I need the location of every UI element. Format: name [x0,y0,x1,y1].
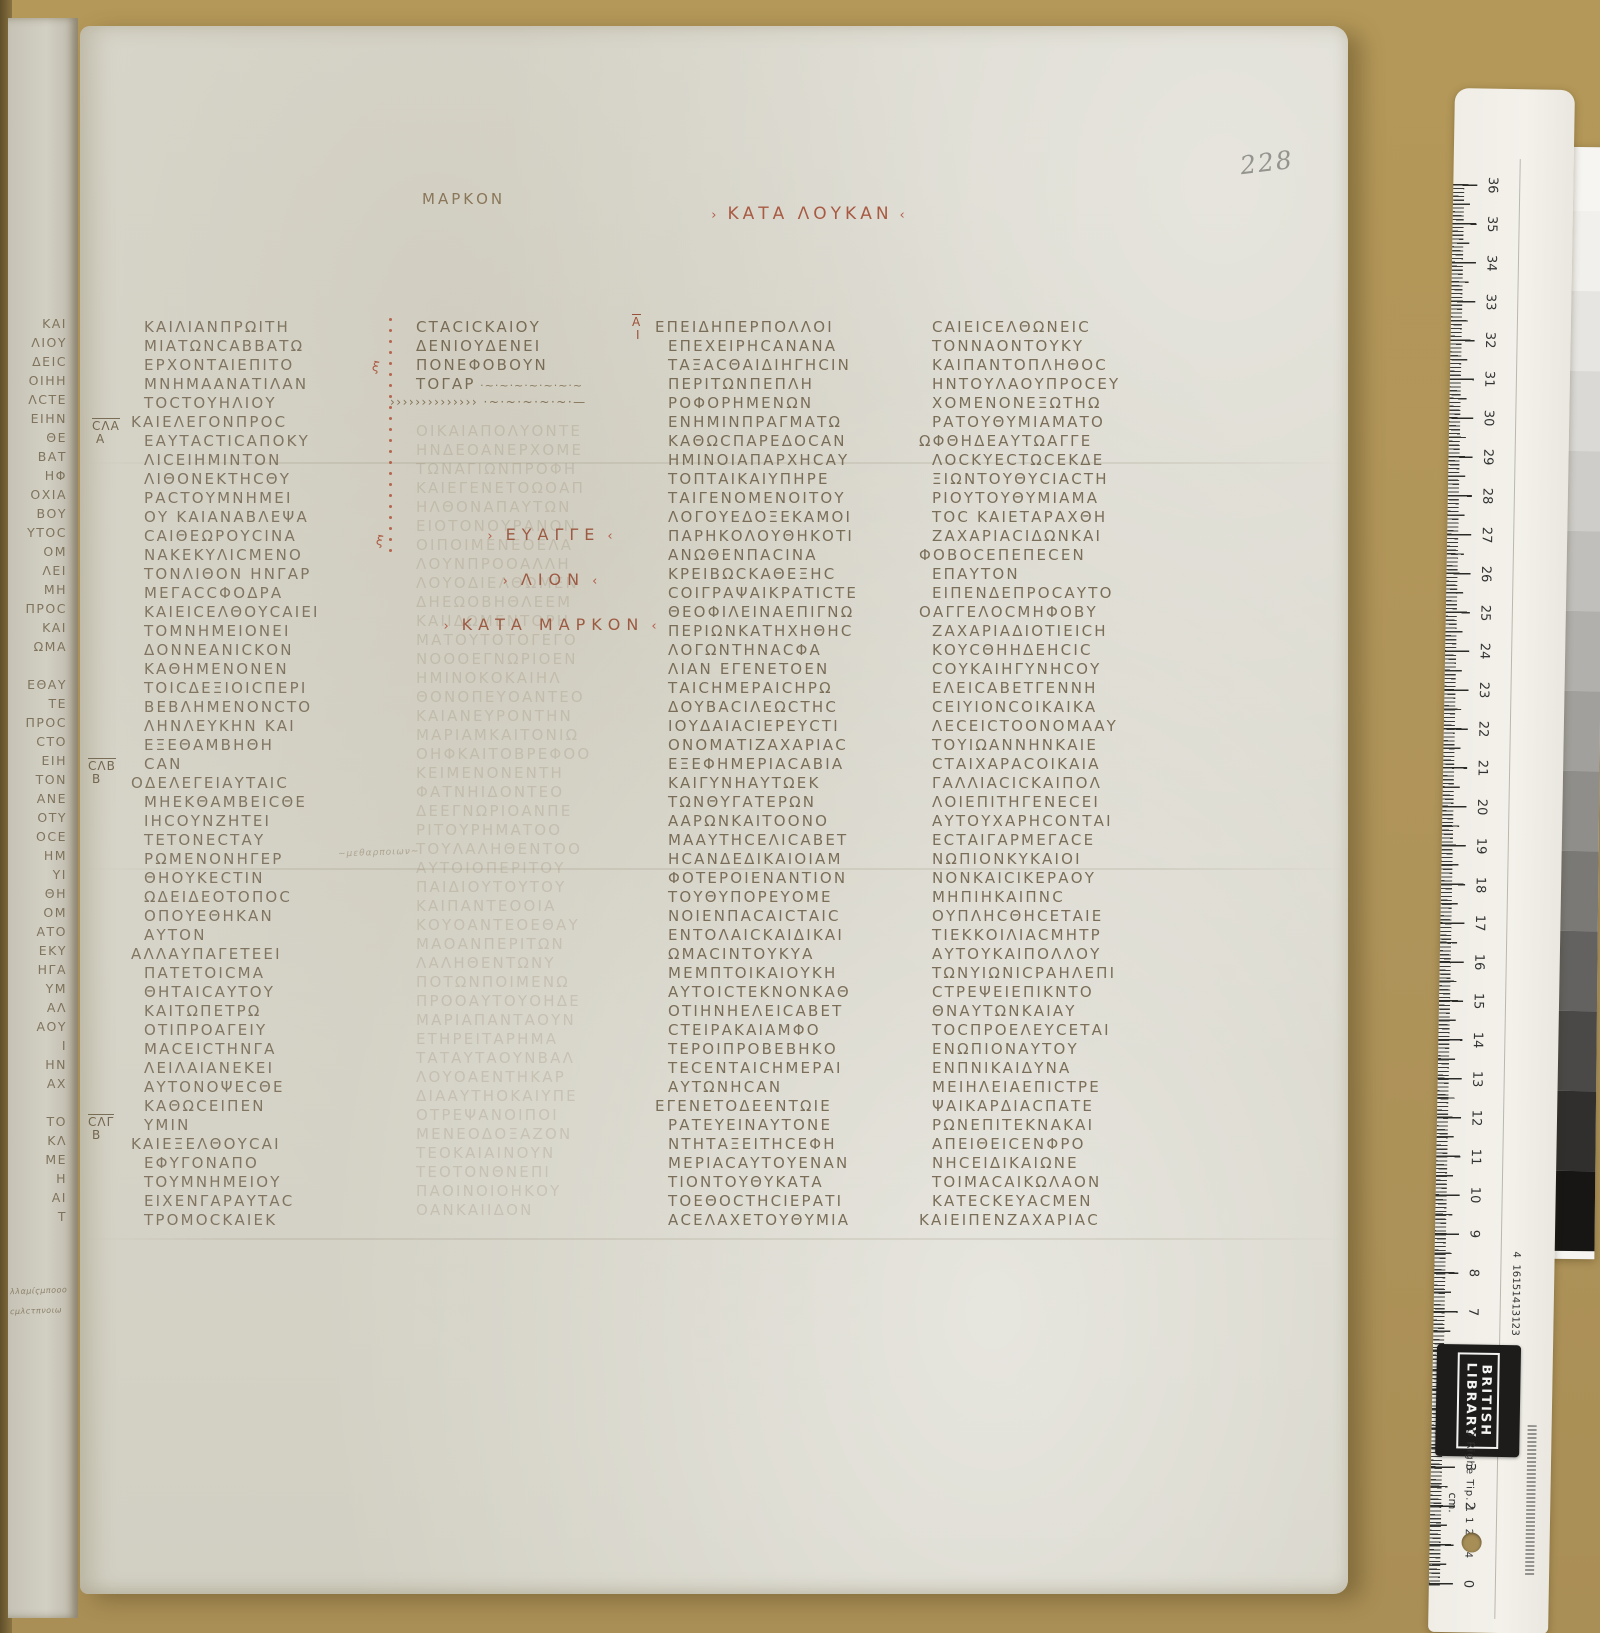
cm-number: 23 [1476,677,1491,703]
manuscript-line: ΡΙΟΥΤΟΥΘΥΜΙΑΜΑ [932,489,1184,508]
leaf-edge-fragment [8,658,72,677]
canon-letter: Β [88,1129,114,1142]
manuscript-line: ΓΑΛΛΙΑCΙCΚΑΙΠΟΛ [932,774,1184,793]
manuscript-line: ΤΕΡΟΙΠΡΟΒΕΒΗΚΟ [668,1040,932,1059]
manuscript-line: ΕΙΧΕΝΓΑΡΑΥΤΑC [144,1192,406,1211]
manuscript-line: ΩΔΕΙΔΕΟΤΟΠΟC [144,888,406,907]
leaf-edge-fragment: ΤΟΝ [8,772,72,791]
ghost-line: ΠΑΙΔΙΟΥΤΟΥΤΟΥ [416,878,650,897]
leaf-edge-fragment: ΕΚΥ [8,943,72,962]
subscription-euangelion-kata-markon: ›ΕΥΑΓΓΕ‹›ΛΙΟΝ‹›ΚΑΤΑ ΜΑΡΚΟΝ‹ [436,512,670,647]
pencil-folio-number: 228 [1238,145,1295,180]
manuscript-line: ΤΟΠΤΑΙΚΑΙΥΠΗΡΕ [668,470,932,489]
cm-number: 15 [1470,988,1485,1014]
manuscript-line: ΡΩΜΕΝΟΝΗΓΕΡ [144,850,406,869]
manuscript-line: ΜΑCΕΙCΤΗΝΓΑ [144,1040,406,1059]
manuscript-line: ΡΩΝΕΠΙΤΕΚΝΑΚΑΙ [932,1116,1184,1135]
manuscript-line: ΠΕΡΙΩΝΚΑΤΗΧΗΘΗC [668,622,932,641]
manuscript-line: ΕΓΕΝΕΤΟΔΕΕΝΤΩΙΕ [655,1097,932,1116]
ghost-line: ΜΑΡΙΑΜΚΑΙΤΟΝΙΩ [416,726,650,745]
manuscript-line: ΤΟCΠΡΟΕΛΕΥCΕΤΑΙ [932,1021,1184,1040]
ghost-line: ΤΟΥΛΑΛΗΘΕΝΤΟΟ [416,840,650,859]
ghost-line: ΜΑΟΑΝΠΕΡΙΤΩΝ [416,935,650,954]
manuscript-line: ΠΑΤΕΤΟΙCΜΑ [144,964,406,983]
secondary-scale-number: 13 [1507,1303,1520,1316]
manuscript-line: ΑΝΩΘΕΝΠΑCΙΝΑ [668,546,932,565]
cm-number: 0 [1460,1571,1475,1597]
manuscript-line: ΑΥΤΩΝΗCΑΝ [668,1078,932,1097]
text-column-4-luke-continued: CΑΙΕΙCΕΛΘΩΝΕΙCΤΟΝΝΑΟΝΤΟΥΚΥΚΑΙΠΑΝΤΟΠΛΗΘΟC… [932,318,1184,1230]
leaf-edge-fragment: ΒΑΤ [8,449,72,468]
manuscript-line: ΝΟΙΕΝΠΑCΑΙCΤΑΙC [668,907,932,926]
manuscript-line: ΚΑΘΩCΠΑΡΕΔΟCΑΝ [668,432,932,451]
manuscript-line: ΕΝΩΠΙΟΝΑΥΤΟΥ [932,1040,1184,1059]
cm-number: 28 [1479,483,1494,509]
manuscript-line: ΑΥΤΟΝΟΨΕCΘΕ [144,1078,406,1097]
ghost-line: ΗΝΔΕΟΑΝΕΡΧΟΜΕ [416,441,650,460]
manuscript-line: ΛΕΙΛΑΙΑΝΕΚΕΙ [144,1059,406,1078]
british-library-ruler: 0123456789101112131415161718192021222324… [1428,88,1575,1633]
manuscript-line: ΕΙΠΕΝΔΕΠΡΟCΑΥΤΟ [932,584,1184,603]
manuscript-line: ΤΟΓΑΡ ·~·~·~·~·~·~·~ [416,375,650,394]
manuscript-line: ΝΟΝΚΑΙCΙΚΕΡΑΟΥ [932,869,1184,888]
manuscript-line: ΙΟΥΔΑΙΑCΙΕΡΕΥCΤΙ [668,717,932,736]
manuscript-line: ΗΜΙΝΟΙΑΠΑΡΧΗCΑΥ [668,451,932,470]
running-title-kata-loukan: ›ΚΑΤΑ ΛΟΥΚΑΝ‹ [636,204,984,224]
ghost-line: ΔΕΕΓΝΩΡΙΟΑΝΠΕ [416,802,650,821]
subscription-text: ΚΑΤΑ ΜΑΡΚΟΝ [462,615,645,634]
leaf-edge-fragment: ΑΟΥ [8,1019,72,1038]
leaf-edge-fragment: ΟCΕ [8,829,72,848]
british-library-label-box: BRITISH LIBRARY [1456,1352,1500,1449]
manuscript-line: CΤΑΙΧΑΡΑCΟΙΚΑΙΑ [932,755,1184,774]
ghost-line: ΤΕΟΤΟΝΘΝΕΠΙ [416,1163,650,1182]
leaf-edge-fragment: ΟΜ [8,905,72,924]
manuscript-line: ΝΗCΕΙΔΙΚΑΙΩΝΕ [932,1154,1184,1173]
fine-tick-scale [1525,1425,1537,1575]
cm-number: 22 [1475,716,1490,742]
red-deco-mark: › [704,208,727,223]
manuscript-line: ΟΥ ΚΑΙΑΝΑΒΛΕΨΑ [144,508,406,527]
manuscript-line: ΗΝΤΟΥΛΑΟΥΠΡΟCΕΥ [932,375,1184,394]
red-deco-mark: › [496,574,521,589]
leaf-edge-fragment: ΟΤΥ [8,810,72,829]
leaf-edge-fragment: Τ [8,1209,72,1228]
manuscript-line: ΛΗΝΛΕΥΚΗΝ ΚΑΙ [144,717,406,736]
manuscript-line: CΤΡΕΨΕΙΕΠΙΚΝΤΟ [932,983,1184,1002]
leaf-edge-fragment: ΑΙ [8,1190,72,1209]
manuscript-line: ΤΟΝΝΑΟΝΤΟΥΚΥ [932,337,1184,356]
manuscript-line: CΕΙΥΙΟΝCΟΙΚΑΙΚΑ [932,698,1184,717]
cm-number: 14 [1470,1027,1485,1053]
manuscript-line: ΔΟΥΒΑCΙΛΕΩCΤΗC [668,698,932,717]
subscription-line: ›ΛΙΟΝ‹ [436,557,670,602]
red-deco-mark: ‹ [600,529,625,544]
manuscript-line: ΚΑΙΠΑΝΤΟΠΛΗΘΟC [932,356,1184,375]
manuscript-line: ΕΠΕΙΔΗΠΕΡΠΟΛΛΟΙ [655,318,932,337]
manuscript-line: ΩΦΘΗΔΕΑΥΤΩΑΓΓΕ [919,432,1184,451]
leaf-edge-fragment: ΛΙΟΥ [8,335,72,354]
manuscript-line: ΕΞΕΦΗΜΕΡΙΑCΑΒΙΑ [668,755,932,774]
manuscript-line: ΛΟΓΟΥΕΔΟΞΕΚΑΜΟΙ [668,508,932,527]
manuscript-line: ΚΑΙΛΙΑΝΠΡΩΙΤΗ [144,318,406,337]
ghost-line: ΡΙΤΟΥΡΗΜΑΤΟΟ [416,821,650,840]
marginal-cursive-note: ϲμλϲτπνοιω [10,1305,80,1316]
manuscript-line: ΤΟΙΜΑCΑΙΚΩΛΑΟΝ [932,1173,1184,1192]
manuscript-photograph: { "page": { "folio_number": "228", "runn… [0,0,1600,1633]
leaf-edge-fragment: ΘΕ [8,430,72,449]
leaf-edge-fragment: Ι [8,1038,72,1057]
leaf-edge-fragment: ΑΛ [8,1000,72,1019]
manuscript-line: ΤΟΜΝΗΜΕΙΟΝΕΙ [144,622,406,641]
secondary-scale-number: 4 [1508,1251,1521,1264]
subscription-text: ΛΙΟΝ [521,570,585,589]
secondary-scale-number: 12 [1507,1316,1520,1329]
cm-unit-label: cm. [1446,1492,1459,1512]
manuscript-line: ΜΕΡΙΑCΑΥΤΟΥΕΝΑΝ [668,1154,932,1173]
manuscript-line: ΩΜΑCΙΝΤΟΥΚΥΑ [668,945,932,964]
subscription-text: ΕΥΑΓΓΕ [506,525,601,544]
manuscript-line: ΟΤΙΗΝΗΕΛΕΙCΑΒΕΤ [668,1002,932,1021]
cm-number: 19 [1473,833,1488,859]
manuscript-line: ΛΙΑΝ ΕΓΕΝΕΤΟΕΝ [668,660,932,679]
manuscript-line: ΤΟC ΚΑΙΕΤΑΡΑΧΘΗ [932,508,1184,527]
red-deco-mark: ‹ [585,574,610,589]
manuscript-line: ΟΤΙΠΡΟΑΓΕΙΥ [144,1021,406,1040]
cm-number: 25 [1477,599,1492,625]
ghost-line: ΗΜΙΝΟΚΟΚΑΙΗΛ [416,669,650,688]
leaf-edge-fragment: ΟΙΗΗ [8,373,72,392]
manuscript-line: ΤΟΥΜΝΗΜΕΙΟΥ [144,1173,406,1192]
manuscript-line: ΤΟΙCΔΕΞΙΟΙCΠΕΡΙ [144,679,406,698]
manuscript-line: ΦΟΒΟCΕΠΕΠΕCΕΝ [919,546,1184,565]
manuscript-line: ΔΟΝΝΕΑΝΙCΚΟΝ [144,641,406,660]
cm-number: 34 [1483,250,1498,276]
leaf-edge-fragment: ΥΙ [8,867,72,886]
cm-number: 31 [1481,366,1496,392]
section-numeral: CΛΓ Β [88,1114,114,1142]
manuscript-line: CΟΥΚΑΙΗΓΥΝΗCΟΥ [932,660,1184,679]
previous-leaf-edge: ΚΑΙΛΙΟΥΔΕΙCΟΙΗΗΛCΤΕΕΙΗΝΘΕΒΑΤΗΦΟΧΙΑΒΟΥΥΤΟ… [8,18,78,1618]
manuscript-line: ΕΞΕΘΑΜΒΗΘΗ [144,736,406,755]
leaf-edge-fragment: ΛΕΙ [8,563,72,582]
ghost-line: ΚΑΙΕΓΕΝΕΤΟΩΟΑΠ [416,479,650,498]
leaf-edge-fragment: ΑΧ [8,1076,72,1095]
manuscript-line: ΚΑΘΗΜΕΝΟΝΕΝ [144,660,406,679]
section-number: CΛΑ [92,418,120,433]
manuscript-line: CΟΙΓΡΑΨΑΙΚΡΑΤΙCΤΕ [668,584,932,603]
brand-line: BRITISH [1477,1363,1493,1439]
brand-line: LIBRARY [1462,1362,1478,1438]
manuscript-line: ΤΙΟΝΤΟΥΘΥΚΑΤΑ [668,1173,932,1192]
manuscript-line: CΤΑCΙCΚΑΙΟΥ [416,318,650,337]
manuscript-line: CΑΙΘΕΩΡΟΥCΙΝΑ [144,527,406,546]
ghost-line: ΤΑΤΑΥΤΑΟΥΝΒΑΛ [416,1049,650,1068]
manuscript-line: ΥΜΙΝ [144,1116,406,1135]
manuscript-line: ΡΑCΤΟΥΜΝΗΜΕΙ [144,489,406,508]
manuscript-line: ΟΝΟΜΑΤΙΖΑΧΑΡΙΑC [668,736,932,755]
manuscript-line: ΕΡΧΟΝΤΑΙΕΠΙΤΟ [144,356,406,375]
manuscript-line: ΕΝΤΟΛΑΙCΚΑΙΔΙΚΑΙ [668,926,932,945]
manuscript-line: ΚΑΙΕΞΕΛΘΟΥCΑΙ [131,1135,406,1154]
manuscript-line: ΕΑΥΤΑCΤΙCΑΠΟΚΥ [144,432,406,451]
leaf-edge-fragment: ΕΙΗΝ [8,411,72,430]
cm-number: 20 [1474,794,1489,820]
british-library-label: BRITISH LIBRARY [1435,1344,1521,1457]
manuscript-line: ΤΟΥΙΩΑΝΝΗΝΚΑΙΕ [932,736,1184,755]
subscription-line: ›ΕΥΑΓΓΕ‹ [436,512,670,557]
manuscript-line: ΖΑΧΑΡΙΑΔΙΟΤΙΕΙCΗ [932,622,1184,641]
manuscript-line: ΠΟΝΕΦΟΒΟΥΝ [416,356,650,375]
leaf-edge-fragment: ΥΤΟC [8,525,72,544]
leaf-edge-fragment: ΚΛ [8,1133,72,1152]
manuscript-line: CΤΕΙΡΑΚΑΙΑΜΦΟ [668,1021,932,1040]
manuscript-line: ΚΑΙΕΙΠΕΝΖΑΧΑΡΙΑC [919,1211,1184,1230]
leaf-edge-fragment: ΟΜ [8,544,72,563]
manuscript-page: 228 ΜΑΡΚΟΝ ›ΚΑΤΑ ΛΟΥΚΑΝ‹ CΛΑ Α CΛΒ Β CΛΓ… [80,26,1348,1594]
manuscript-line: ΑΥΤΟΙCΤΕΚΝΟΝΚΑΘ [668,983,932,1002]
leaf-edge-fragment: ΔΕΙC [8,354,72,373]
coronis-tailpiece: ›››››››››››››› ·~·~·~·~·~·— [390,394,650,413]
manuscript-line: ΙΗCΟΥΝΖΗΤΕΙ [144,812,406,831]
manuscript-line: ΜΑΑΥΤΗCΕΛΙCΑΒΕΤ [668,831,932,850]
leaf-edge-fragment: ΗΜ [8,848,72,867]
manuscript-line: ΠΑΡΗΚΟΛΟΥΘΗΚΟΤΙ [668,527,932,546]
manuscript-line: CΑΙΕΙCΕΛΘΩΝΕΙC [932,318,1184,337]
manuscript-line: ΑΥΤΟΝ [144,926,406,945]
centimeter-numbers: 0123456789101112131415161718192021222324… [1455,88,1575,90]
ghost-line: ΝΟΟΟΕΓΝΩΡΙΟΕΝ [416,650,650,669]
manuscript-line: ΤΙΕΚΚΟΙΛΙΑCΜΗΤΡ [932,926,1184,945]
manuscript-line: ΕCΤΑΙΓΑΡΜΕΓΑCΕ [932,831,1184,850]
text-column-2-mark-final-lines: CΤΑCΙCΚΑΙΟΥΔΕΝΙΟΥΔΕΝΕΙΠΟΝΕΦΟΒΟΥΝΤΟΓΑΡ ·~… [416,318,650,413]
cm-number: 32 [1482,327,1497,353]
ghost-line: ΟΗΦΚΑΙΤΟΒΡΕΦΟΟ [416,745,650,764]
manuscript-line: ΝΩΠΙΟΝΚΥΚΑΙΟΙ [932,850,1184,869]
manuscript-line: ΑCΕΛΑΧΕΤΟΥΘΥΜΙΑ [668,1211,932,1230]
manuscript-line: ΚΑΙΕΙCΕΛΘΟΥCΑΙΕΙ [144,603,406,622]
ghost-line: ΚΕΙΜΕΝΟΝΕΝΤΗ [416,764,650,783]
manuscript-line: ΚΑΙΤΩΠΕΤΡΩ [144,1002,406,1021]
ruler-punch-hole [1461,1532,1481,1552]
leaf-edge-fragment: ΟΧΙΑ [8,487,72,506]
manuscript-line: ΤΕCΕΝΤΑΙCΗΜΕΡΑΙ [668,1059,932,1078]
ghost-line: ΤΕΟΚΑΙΑΙΝΟΥΝ [416,1144,650,1163]
section-number: CΛΓ [88,1114,114,1129]
text-column-1-mark-ending: ΚΑΙΛΙΑΝΠΡΩΙΤΗΜΙΑΤΩΝCΑΒΒΑΤΩΕΡΧΟΝΤΑΙΕΠΙΤΟΜ… [144,318,406,1230]
manuscript-line: ΕΝΗΜΙΝΠΡΑΓΜΑΤΩ [668,413,932,432]
cm-number: 26 [1478,561,1493,587]
leaf-edge-fragment: ΥΜ [8,981,72,1000]
secondary-scale-number: 3 [1507,1329,1520,1342]
cm-number: 11 [1468,1143,1483,1169]
red-deco-mark: › [480,529,505,544]
leaf-edge-fragment: ΜΗ [8,582,72,601]
red-deco-mark: › [436,619,461,634]
manuscript-line: ΜΕΜΠΤΟΙΚΑΙΟΥΚΗ [668,964,932,983]
leaf-edge-fragment: ΠΡΟC [8,601,72,620]
leaf-edge-fragment: ΤΕ [8,696,72,715]
cm-number: 17 [1472,910,1487,936]
leaf-edge-fragment: Η [8,1171,72,1190]
manuscript-line: ΜΝΗΜΑΑΝΑΤΙΛΑΝ [144,375,406,394]
leaf-edge-fragment: ΕΙΗ [8,753,72,772]
ghost-line: ΚΟΥΟΑΝΤΕΟΕΘΑΥ [416,916,650,935]
cm-number: 13 [1469,1066,1484,1092]
manuscript-line: ΘΝΑΥΤΩΝΚΑΙΑΥ [932,1002,1184,1021]
manuscript-line: ΚΟΥCΘΗΗΔΕΗCΙC [932,641,1184,660]
manuscript-line: ΚΑΤΕCΚΕΥΑCΜΕΝ [932,1192,1184,1211]
leaf-edge-fragment: ΚΑΙ [8,620,72,639]
manuscript-line: ΚΑΙΓΥΝΗΑΥΤΩΕΚ [668,774,932,793]
manuscript-line: ΚΑΙΕΛΕΓΟΝΠΡΟC [131,413,406,432]
ghost-line: ΑΥΤΟΙΟΠΕΡΙΤΟΥ [416,859,650,878]
manuscript-line: ΝΑΚΕΚΥΛΙCΜΕΝΟ [144,546,406,565]
ghost-line: ΛΑΛΗΘΕΝΤΩΝΥ [416,954,650,973]
leaf-edge-fragment [8,1095,72,1114]
manuscript-line: ΕΠΑΥΤΟΝ [932,565,1184,584]
leaf-edge-fragment: ΤΟ [8,1114,72,1133]
ghost-line: ΠΑΟΙΝΟΙΟΗΚΟΥ [416,1182,650,1201]
manuscript-line: ΤΕΤΟΝΕCΤΑΥ [144,831,406,850]
manuscript-line: ΑΥΤΟΥΚΑΙΠΟΛΛΟΥ [932,945,1184,964]
manuscript-line: ΟΑΓΓΕΛΟCΜΗΦΟΒΥ [919,603,1184,622]
manuscript-line: ΜΙΑΤΩΝCΑΒΒΑΤΩ [144,337,406,356]
leaf-edge-fragment: ΚΑΙ [8,316,72,335]
ghost-line: ΤΩΝΑΓΙΩΝΠΡΟΦΗ [416,460,650,479]
secondary-scale-number: 15 [1508,1277,1521,1290]
cm-number: 27 [1478,522,1493,548]
secondary-scale-number: 14 [1508,1290,1521,1303]
manuscript-line: ΔΕΝΙΟΥΔΕΝΕΙ [416,337,650,356]
cm-number: 21 [1474,755,1489,781]
cm-number: 30 [1481,405,1496,431]
leaf-edge-fragment: ΗΓΑ [8,962,72,981]
manuscript-line: ΘΗΤΑΙCΑΥΤΟΥ [144,983,406,1002]
parchment-crease [80,1238,1348,1240]
leaf-edge-fragment: ΗΦ [8,468,72,487]
manuscript-line: ΟΠΟΥΕΘΗΚΑΝ [144,907,406,926]
manuscript-line: ΜΗΠΙΗΚΑΙΠΝC [932,888,1184,907]
ghost-line: ΜΕΝΕΟΔΟΞΑΖΟΝ [416,1125,650,1144]
previous-leaf-text-fragments: ΚΑΙΛΙΟΥΔΕΙCΟΙΗΗΛCΤΕΕΙΗΝΘΕΒΑΤΗΦΟΧΙΑΒΟΥΥΤΟ… [8,316,72,1228]
red-deco-mark: ‹ [644,619,669,634]
manuscript-line: ΛΕCΕΙCΤΟΟΝΟΜΑΑΥ [932,717,1184,736]
leaf-edge-fragment: ΘΗ [8,886,72,905]
manuscript-line: ΤΟΝΛΙΘΟΝ ΗΝΓΑΡ [144,565,406,584]
manuscript-line: ΡΑΤΕΥΕΙΝΑΥΤΟΝΕ [668,1116,932,1135]
manuscript-line: ΛΟΙΕΠΙΤΗΓΕΝΕCΕΙ [932,793,1184,812]
leaf-edge-fragment: ΕΘΑΥ [8,677,72,696]
manuscript-line: ΡΟΦΟΡΗΜΕΝΩΝ [668,394,932,413]
ghost-line: ΠΟΤΩΝΠΟΙΜΕΝΩ [416,973,650,992]
cm-number: 24 [1476,638,1491,664]
ghost-line: ΚΑΙΠΑΝΤΕΟΟΙΑ [416,897,650,916]
secondary-scale-number: 16 [1508,1264,1521,1277]
ghost-line: ΔΙΑΑΥΤΗΟΚΑΙΥΠΕ [416,1087,650,1106]
manuscript-line: ΤΟΥΘΥΠΟΡΕΥΟΜΕ [668,888,932,907]
manuscript-line: ΑΠΕΙΘΕΙCΕΝΦΡΟ [932,1135,1184,1154]
cm-number: 35 [1484,211,1499,237]
manuscript-line: ΝΤΗΤΑΞΕΙΤΗCΕΦΗ [668,1135,932,1154]
leaf-edge-fragment: ΒΟΥ [8,506,72,525]
section-numeral: CΛΑ Α [92,418,120,446]
manuscript-line: ΕΠΕΧΕΙΡΗCΑΝΑΝΑ [668,337,932,356]
secondary-scale-numbers: 416151413123 [1507,1251,1521,1342]
ink-flourish: ·~·~·~·~·~·~·~ [476,379,584,392]
cm-number: 18 [1472,871,1487,897]
manuscript-line: ΛΙΘΟΝΕΚΤΗCΘΥ [144,470,406,489]
manuscript-line: ΤΑΙCΗΜΕΡΑΙCΗΡΩ [668,679,932,698]
subscription-line: ›ΚΑΤΑ ΜΑΡΚΟΝ‹ [436,602,670,647]
ghost-line: ΠΡΟΟΑΥΤΟΥΟΗΔΕ [416,992,650,1011]
leaf-edge-fragment: ΩΜΑ [8,639,72,658]
ghost-line: ΟΙΚΑΙΑΠΟΛΥΟΝΤΕ [416,422,650,441]
manuscript-line: ΖΑΧΑΡΙΑCΙΔΩΝΚΑΙ [932,527,1184,546]
manuscript-line: ΨΑΙΚΑΡΔΙΑCΠΑΤΕ [932,1097,1184,1116]
ghost-line: ΛΟΥΟΑΕΝΤΗΚΑΡ [416,1068,650,1087]
manuscript-line: ΕΝΠΝΙΚΑΙΔΥΝΑ [932,1059,1184,1078]
ghost-line: ΦΑΤΝΗΙΔΟΝΤΕΟ [416,783,650,802]
marginal-cursive-note: λλαμίϛμποοο [10,1285,80,1296]
leaf-edge-fragment: ΠΡΟC [8,715,72,734]
manuscript-line: ΦΟΤΕΡΟΙΕΝΑΝΤΙΟΝ [668,869,932,888]
text-column-3-luke-beginning: ΕΠΕΙΔΗΠΕΡΠΟΛΛΟΙΕΠΕΧΕΙΡΗCΑΝΑΝΑΤΑΞΑCΘΑΙΔΙΗ… [668,318,932,1230]
manuscript-line: ΤΑΞΑCΘΑΙΔΙΗΓΗCΙΝ [668,356,932,375]
ghost-line: ΘΟΝΟΠΕΥΟΑΝΤΕΟ [416,688,650,707]
manuscript-line: ΜΗΕΚΘΑΜΒΕΙCΘΕ [144,793,406,812]
cm-number: 16 [1471,949,1486,975]
leaf-edge-fragment: CΤΟ [8,734,72,753]
ghost-line: ΚΑΙΑΝΕΥΡΟΝΤΗΝ [416,707,650,726]
running-title-text: ΚΑΤΑ ΛΟΥΚΑΝ [727,204,892,224]
cm-number: 7 [1465,1299,1480,1325]
manuscript-line: ΕΛΕΙCΑΒΕΤΓΕΝΝΗ [932,679,1184,698]
manuscript-line: ΜΕΓΑCCΦΟΔΡΑ [144,584,406,603]
ghost-line: ΜΑΡΙΑΠΑΝΤΑΟΥΝ [416,1011,650,1030]
manuscript-line: ΟΔΕΛΕΓΕΙΑΥΤΑΙC [131,774,406,793]
manuscript-line: ΛΟΓΩΝΤΗΝΑCΦΑ [668,641,932,660]
red-deco-mark: ‹ [893,208,916,223]
cm-number: 10 [1467,1182,1482,1208]
running-title-mark: ΜΑΡΚΟΝ [422,190,505,208]
ghost-line: ΟΑΝΚΑΙΙΔΟΝ [416,1201,650,1220]
cm-number: 9 [1466,1221,1481,1247]
manuscript-line: ΛΙCΕΙΗΜΙΝΤΟΝ [144,451,406,470]
cm-number: 36 [1485,172,1500,198]
manuscript-line: ΤΡΟΜΟCΚΑΙΕΚ [144,1211,406,1230]
manuscript-line: ΗCΑΝΔΕΔΙΚΑΙΟΙΑΜ [668,850,932,869]
manuscript-line: ΤΩΝΥΙΩΝΙCΡΑΗΛΕΠΙ [932,964,1184,983]
cm-number: 12 [1468,1105,1483,1131]
manuscript-line: ΜΕΙΗΛΕΙΑΕΠΙCΤΡΕ [932,1078,1184,1097]
leaf-edge-fragment: ΜΕ [8,1152,72,1171]
manuscript-line: CΑΝ [144,755,406,774]
ghost-line: ΕΤΗΡΕΙΤΑΡΗΜΑ [416,1030,650,1049]
leaf-edge-fragment: ΛCΤΕ [8,392,72,411]
manuscript-line: ΠΕΡΙΤΩΝΠΕΠΛΗ [668,375,932,394]
section-number: CΛΒ [88,758,116,773]
cm-number: 29 [1480,444,1495,470]
canon-letter: Β [88,773,116,786]
leaf-edge-fragment: ΑΝΕ [8,791,72,810]
canon-letter: Α [92,433,120,446]
manuscript-line: ΑΥΤΟΥΧΑΡΗCΟΝΤΑΙ [932,812,1184,831]
manuscript-line: ΚΡΕΙΒΩCΚΑΘΕΞΗC [668,565,932,584]
manuscript-line: ΤΩΝΘΥΓΑΤΕΡΩΝ [668,793,932,812]
cm-number: 8 [1466,1260,1481,1286]
leaf-edge-fragment: ΗΝ [8,1057,72,1076]
